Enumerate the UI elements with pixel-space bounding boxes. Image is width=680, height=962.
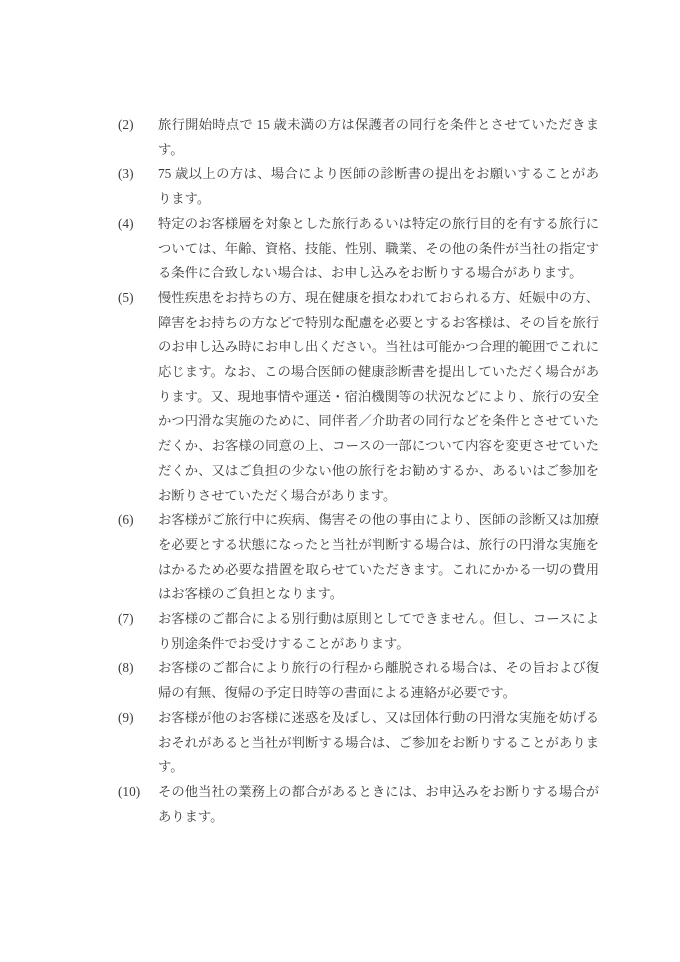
item-text: 特定のお客様層を対象とした旅行あるいは特定の旅行目的を有する旅行については、年齢… — [158, 212, 599, 286]
list-item: (9) お客様が他のお客様に迷惑を及ぼし、又は団体行動の円滑な実施を妨げるおそれ… — [118, 706, 680, 780]
item-text: その他当社の業務上の都合があるときには、お申込みをお断りする場合があります。 — [158, 780, 599, 829]
list-item: (8) お客様のご都合により旅行の行程から離脱される場合は、その旨および復帰の有… — [118, 656, 680, 705]
item-number: (5) — [118, 286, 158, 311]
list-item: (6) お客様がご旅行中に疾病、傷害その他の事由により、医師の診断又は加療を必要… — [118, 508, 680, 607]
item-number: (10) — [118, 780, 158, 805]
item-text: 75 歳以上の方は、場合により医師の診断書の提出をお願いすることがあります。 — [158, 162, 599, 211]
list-item: (5) 慢性疾患をお持ちの方、現在健康を損なわれておられる方、妊娠中の方、障害を… — [118, 286, 680, 508]
list-item: (10) その他当社の業務上の都合があるときには、お申込みをお断りする場合があり… — [118, 780, 680, 829]
item-number: (3) — [118, 162, 158, 187]
item-number: (9) — [118, 706, 158, 731]
item-number: (4) — [118, 212, 158, 237]
terms-list: (2) 旅行開始時点で 15 歳未満の方は保護者の同行を条件とさせていただきます… — [118, 113, 680, 829]
item-text: お客様が他のお客様に迷惑を及ぼし、又は団体行動の円滑な実施を妨げるおそれがあると… — [158, 706, 599, 780]
item-text: お客様がご旅行中に疾病、傷害その他の事由により、医師の診断又は加療を必要とする状… — [158, 508, 599, 607]
item-number: (8) — [118, 656, 158, 681]
list-item: (4) 特定のお客様層を対象とした旅行あるいは特定の旅行目的を有する旅行について… — [118, 212, 680, 286]
list-item: (7) お客様のご都合による別行動は原則としてできません。但し、コースにより別途… — [118, 607, 680, 656]
item-number: (6) — [118, 508, 158, 533]
item-text: 旅行開始時点で 15 歳未満の方は保護者の同行を条件とさせていただきます。 — [158, 113, 599, 162]
item-text: お客様のご都合により旅行の行程から離脱される場合は、その旨および復帰の有無、復帰… — [158, 656, 599, 705]
item-number: (2) — [118, 113, 158, 138]
document-page: (2) 旅行開始時点で 15 歳未満の方は保護者の同行を条件とさせていただきます… — [0, 0, 680, 962]
item-text: 慢性疾患をお持ちの方、現在健康を損なわれておられる方、妊娠中の方、障害をお持ちの… — [158, 286, 599, 508]
item-text: お客様のご都合による別行動は原則としてできません。但し、コースにより別途条件でお… — [158, 607, 599, 656]
list-item: (2) 旅行開始時点で 15 歳未満の方は保護者の同行を条件とさせていただきます… — [118, 113, 680, 162]
list-item: (3) 75 歳以上の方は、場合により医師の診断書の提出をお願いすることがありま… — [118, 162, 680, 211]
item-number: (7) — [118, 607, 158, 632]
